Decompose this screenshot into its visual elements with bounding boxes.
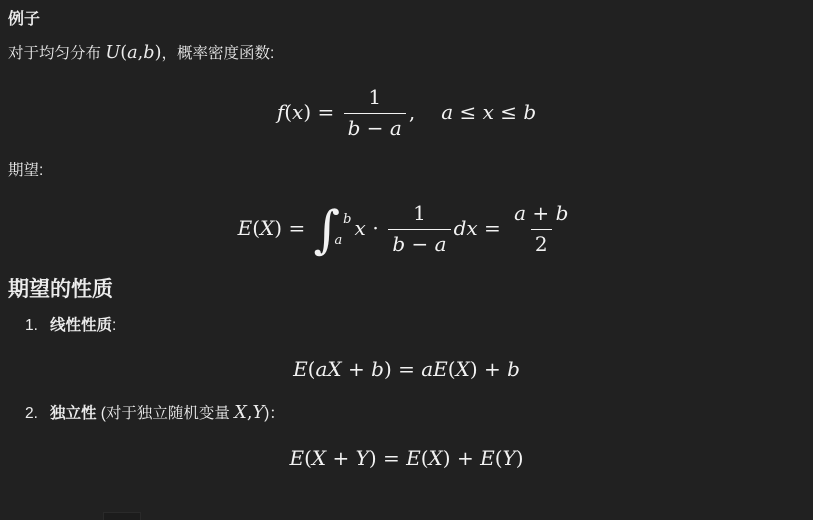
math-token: x — [354, 216, 365, 240]
denominator: b − a — [388, 229, 450, 257]
formula-expectation: E(X) = ∫bax ⋅ 1b − adx = a + b2 — [8, 202, 805, 257]
math-token: X — [312, 446, 326, 470]
list-number: 1. — [25, 316, 38, 337]
denominator: b − a — [344, 113, 406, 141]
text-token: (对于独立随机变量 — [96, 405, 234, 422]
math-token: aX — [315, 357, 341, 381]
math-token: ≤ — [453, 100, 482, 124]
math-token: ⋅ — [366, 216, 386, 240]
math-token: ( — [284, 100, 292, 124]
math-token: ) = — [369, 446, 406, 470]
math-token: E — [289, 446, 304, 470]
list-item-label: 独立性 (对于独立随机变量 X,Y)： — [50, 402, 285, 426]
text-token: 线性性质 — [50, 317, 112, 334]
properties-list: 1. 线性性质: E(aX + b) = aE(X) + b 2. 独立性 (对… — [8, 316, 805, 471]
numerator: a + b — [510, 202, 572, 229]
integral-lower-limit: a — [334, 233, 342, 247]
math-token: 1 — [368, 85, 381, 109]
math-token: a — [390, 116, 402, 140]
math-token: dx — [454, 216, 478, 240]
math-token: Y — [356, 446, 369, 470]
math-token: b — [371, 357, 384, 381]
list-item-linearity: 1. 线性性质: E(aX + b) = aE(X) + b — [8, 316, 805, 382]
integral-upper-limit: b — [343, 212, 351, 226]
math-token: U — [105, 43, 120, 63]
math-token: Y — [503, 446, 516, 470]
math-token: X — [429, 446, 443, 470]
list-item-head: 2. 独立性 (对于独立随机变量 X,Y)： — [8, 402, 805, 426]
denominator: 2 — [531, 229, 552, 257]
heading-properties: 期望的性质 — [8, 277, 805, 302]
math-token: − — [360, 116, 389, 140]
math-token: a — [334, 233, 342, 248]
math-token: ) + — [443, 446, 480, 470]
math-token: b — [556, 201, 569, 225]
math-token: b — [392, 232, 405, 256]
math-token: ) + — [470, 357, 507, 381]
math-token: a — [435, 232, 447, 256]
integral: ∫ba — [314, 204, 350, 255]
math-token: , — [409, 100, 415, 124]
math-token: aE — [421, 357, 448, 381]
math-token: X — [456, 357, 470, 381]
math-token: X — [260, 216, 274, 240]
formula-linearity: E(aX + b) = aE(X) + b — [8, 357, 805, 382]
math-token: = — [478, 216, 507, 240]
partial-element — [103, 512, 141, 520]
list-item-independence: 2. 独立性 (对于独立随机变量 X,Y)： E(X + Y) = E(X) +… — [8, 402, 805, 471]
math-token: x — [483, 100, 494, 124]
intro-paragraph: 对于均匀分布 U(a,b)，概率密度函数: — [8, 42, 805, 66]
math-token: − — [405, 232, 434, 256]
math-token: E — [238, 216, 253, 240]
text-token: )： — [264, 405, 285, 422]
math-token: b — [523, 100, 536, 124]
math-token: b — [143, 43, 154, 63]
math-token: E — [480, 446, 495, 470]
math-token: ) — [516, 446, 524, 470]
numerator: 1 — [364, 86, 385, 113]
integral-limits: ba — [341, 213, 349, 247]
fraction: 1b − a — [388, 202, 450, 257]
math-token: + — [326, 446, 355, 470]
math-token: 1 — [413, 201, 426, 225]
list-item-head: 1. 线性性质: — [8, 316, 805, 337]
math-token: 2 — [535, 232, 548, 256]
expectation-label: 期望: — [8, 161, 805, 182]
math-token: ) = — [274, 216, 311, 240]
math-token: ≤ — [494, 100, 523, 124]
math-token: ) = — [384, 357, 421, 381]
numerator: 1 — [409, 202, 430, 229]
math-token: X — [234, 403, 247, 423]
math-token: a — [514, 201, 526, 225]
text-token: : — [112, 317, 116, 334]
list-number: 2. — [25, 404, 38, 425]
math-token: ( — [448, 357, 456, 381]
markdown-document[interactable]: 例子 对于均匀分布 U(a,b)，概率密度函数: f(x) = 1b − a,a… — [0, 10, 813, 471]
fraction: a + b2 — [510, 202, 572, 257]
math-token: ( — [421, 446, 429, 470]
math-token: b — [348, 116, 361, 140]
math-token: a — [441, 100, 453, 124]
formula-pdf: f(x) = 1b − a,a ≤ x ≤ b — [8, 86, 805, 141]
math-token: b — [343, 212, 351, 227]
math-token: E — [406, 446, 421, 470]
math-token: + — [526, 201, 555, 225]
math-token: ( — [304, 446, 312, 470]
text-token: 对于均匀分布 — [8, 45, 105, 62]
math-token: ( — [252, 216, 260, 240]
fraction: 1b − a — [344, 86, 406, 141]
math-token: + — [342, 357, 371, 381]
page: { "page": { "background": "#212121", "te… — [0, 0, 813, 520]
math-token: a — [127, 43, 138, 63]
math-token: ) = — [303, 100, 340, 124]
heading-example: 例子 — [8, 10, 805, 29]
text-token: 独立性 — [50, 405, 97, 422]
math-token: Y — [252, 403, 264, 423]
math-token: E — [293, 357, 308, 381]
text-token: ，概率密度函数: — [161, 45, 274, 62]
math-token: x — [292, 100, 303, 124]
list-item-label: 线性性质: — [50, 316, 116, 337]
math-token: ( — [495, 446, 503, 470]
formula-independence: E(X + Y) = E(X) + E(Y) — [8, 446, 805, 471]
math-token: b — [507, 357, 520, 381]
